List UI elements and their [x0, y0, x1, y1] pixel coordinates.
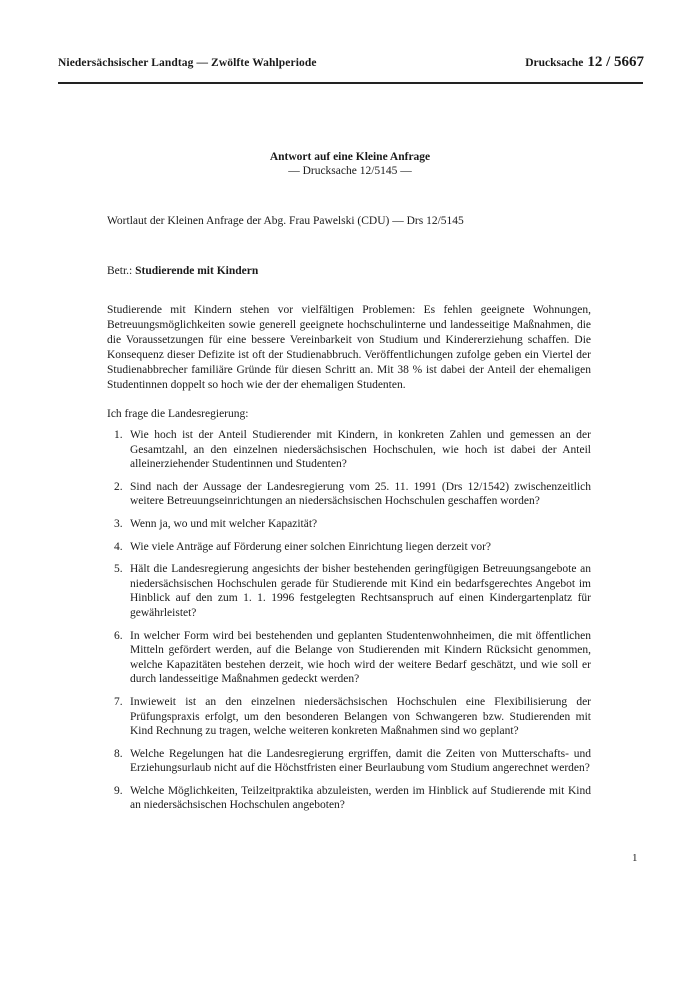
question-item: 7.Inwieweit ist an den einzelnen nieders…: [107, 695, 591, 739]
question-text: Welche Möglichkeiten, Teilzeitpraktika a…: [130, 785, 591, 812]
question-item: 3.Wenn ja, wo und mit welcher Kapazität?: [107, 517, 591, 532]
question-text: Wenn ja, wo und mit welcher Kapazität?: [130, 518, 317, 530]
document-title: Antwort auf eine Kleine Anfrage — Drucks…: [0, 150, 700, 178]
page-header: Niedersächsischer Landtag — Zwölfte Wahl…: [58, 53, 644, 73]
question-text: Hält die Landesregierung angesichts der …: [130, 563, 591, 619]
question-number: 1.: [114, 428, 123, 443]
title-sub: — Drucksache 12/5145 —: [0, 164, 700, 178]
question-item: 1.Wie hoch ist der Anteil Studierender m…: [107, 428, 591, 472]
inquiry-heading: Wortlaut der Kleinen Anfrage der Abg. Fr…: [107, 215, 464, 227]
question-text: Wie hoch ist der Anteil Studierender mit…: [130, 429, 591, 470]
intro-paragraph: Studierende mit Kindern stehen vor vielf…: [107, 303, 591, 393]
question-number: 4.: [114, 540, 123, 555]
title-main: Antwort auf eine Kleine Anfrage: [0, 150, 700, 164]
question-number: 2.: [114, 480, 123, 495]
question-item: 9.Welche Möglichkeiten, Teilzeitpraktika…: [107, 784, 591, 813]
subject-label: Betr.:: [107, 265, 132, 277]
question-item: 4.Wie viele Anträge auf Förderung einer …: [107, 540, 591, 555]
subject-line: Betr.: Studierende mit Kindern: [107, 265, 258, 277]
question-text: Wie viele Anträge auf Förderung einer so…: [130, 541, 491, 553]
question-number: 3.: [114, 517, 123, 532]
document-number-label: Drucksache: [525, 57, 583, 69]
header-rule: [58, 82, 643, 84]
question-item: 2.Sind nach der Aussage der Landesregier…: [107, 480, 591, 509]
page-number: 1: [632, 852, 638, 864]
question-item: 6.In welcher Form wird bei bestehenden u…: [107, 629, 591, 687]
question-text: In welcher Form wird bei bestehenden und…: [130, 630, 591, 686]
question-number: 9.: [114, 784, 123, 799]
question-item: 8.Welche Regelungen hat die Landesregier…: [107, 747, 591, 776]
document-number: Drucksache12 / 5667: [525, 53, 644, 71]
question-number: 6.: [114, 629, 123, 644]
subject-text: Studierende mit Kindern: [135, 265, 258, 277]
question-number: 7.: [114, 695, 123, 710]
question-text: Inwieweit ist an den einzelnen niedersäc…: [130, 696, 591, 737]
question-text: Welche Regelungen hat die Landesregierun…: [130, 748, 591, 775]
parliament-title: Niedersächsischer Landtag — Zwölfte Wahl…: [58, 57, 317, 69]
question-text: Sind nach der Aussage der Landesregierun…: [130, 481, 591, 508]
question-number: 5.: [114, 562, 123, 577]
document-number-value: 12 / 5667: [587, 54, 644, 70]
question-list: 1.Wie hoch ist der Anteil Studierender m…: [107, 428, 591, 821]
question-item: 5.Hält die Landesregierung angesichts de…: [107, 562, 591, 620]
question-number: 8.: [114, 747, 123, 762]
question-intro: Ich frage die Landesregierung:: [107, 408, 248, 420]
